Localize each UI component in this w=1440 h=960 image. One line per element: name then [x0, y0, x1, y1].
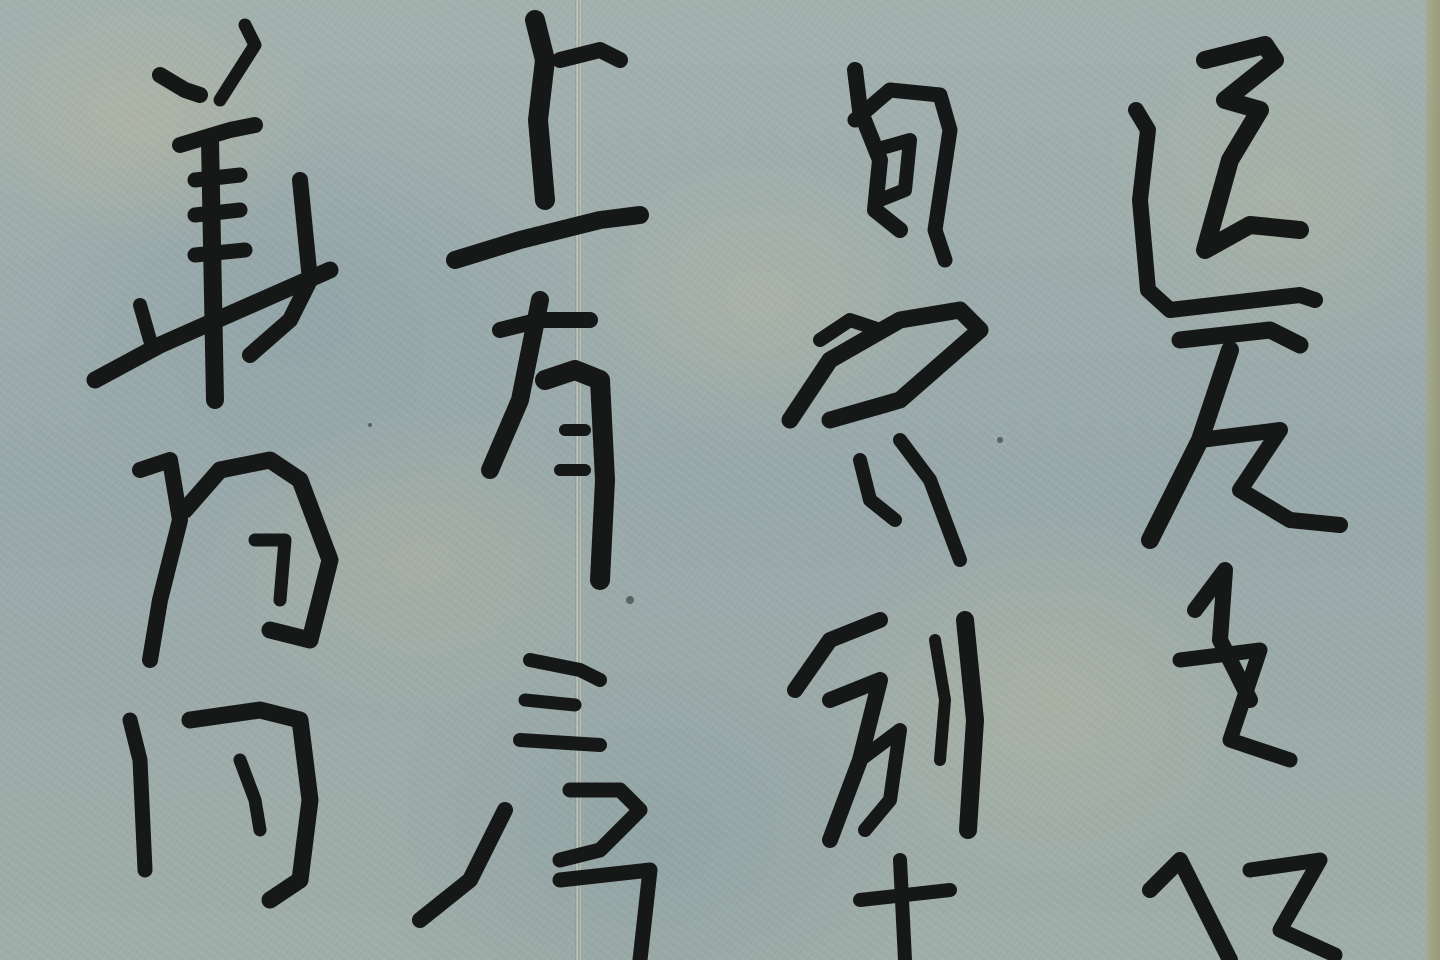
- ink-strokes: [0, 0, 1440, 960]
- calligraphy-scroll: [0, 0, 1440, 960]
